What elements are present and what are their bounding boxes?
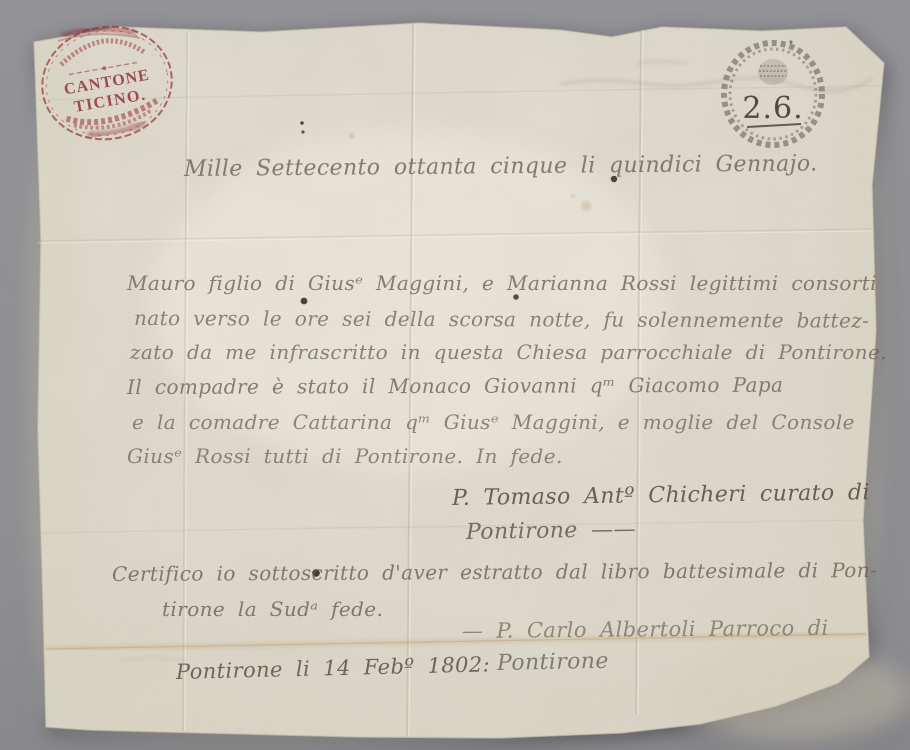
parroco-signature-line-1: — P. Carlo Albertoli Parroco di — [462, 616, 829, 643]
parroco-signature-line-2: Pontirone — [497, 649, 609, 676]
manuscript-body-line-1: Mauro figlio di Giusᵉ Maggini, e Mariann… — [127, 271, 877, 295]
curate-signature-line-2: Pontirone —— — [466, 517, 636, 545]
certification-line-1: Certifico io sottoscritto d'aver estratt… — [112, 558, 877, 586]
manuscript-body-line-6: Giusᵉ Rossi tutti di Pontirone. In fede. — [127, 444, 563, 468]
stamp-value: 2.6. — [742, 91, 803, 126]
manuscript-body-line-5: e la comadre Cattarina qᵐ Giusᵉ Maggini,… — [132, 410, 855, 434]
certification-line-2: tirone la Sudᵃ fede. — [162, 597, 383, 621]
stamp-emblem — [758, 59, 788, 85]
manuscript-body-line-4: Il compadre è stato il Monaco Giovanni q… — [127, 373, 783, 399]
manuscript-body-line-3: zato da me infrascritto in questa Chiesa… — [130, 340, 887, 364]
manuscript-body-line-2: nato verso le ore sei della scorsa notte… — [134, 306, 869, 333]
photo-scene: CANTONE TICINO. 2.6. Mille Settecento ot… — [0, 0, 910, 750]
